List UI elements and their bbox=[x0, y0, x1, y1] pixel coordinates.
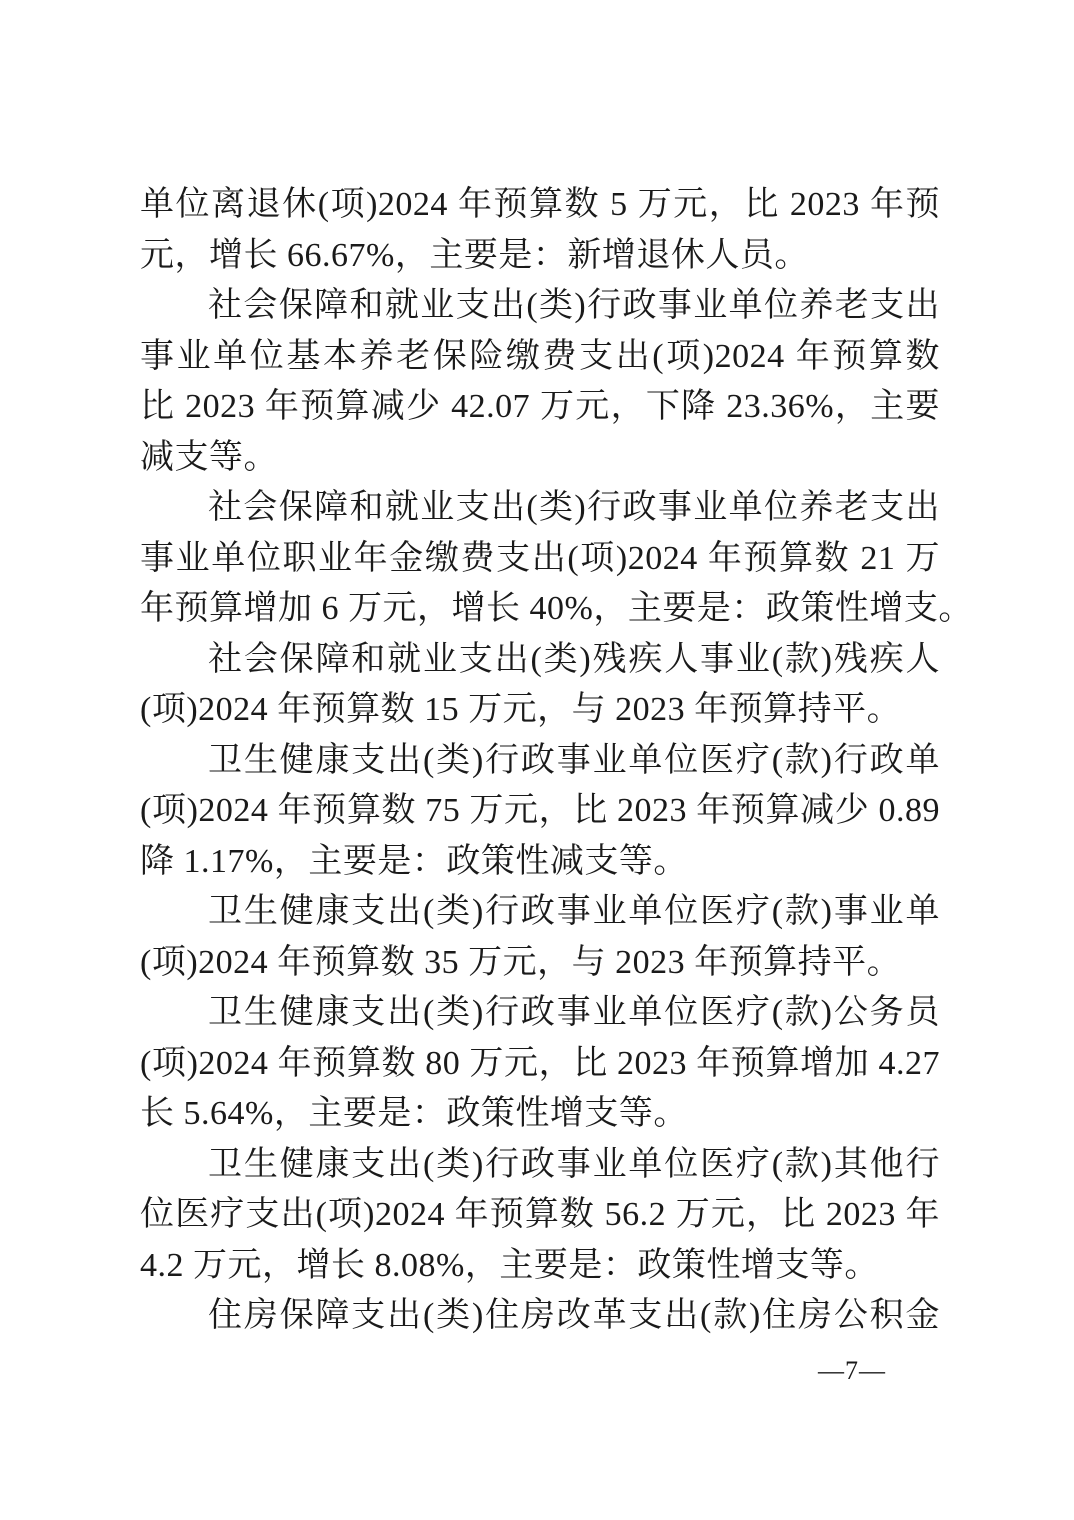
text-line: 社会保障和就业支出(类)残疾人事业(款)残疾人就业 bbox=[140, 635, 940, 686]
document-page: 单位离退休(项)2024 年预算数 5 万元，比 2023 年预算增加 2 万 … bbox=[0, 0, 1074, 1520]
text-line: 元，增长 66.67%，主要是：新增退休人员。 bbox=[140, 231, 940, 282]
text-line: 卫生健康支出(类)行政事业单位医疗(款)行政单位医疗 bbox=[140, 736, 940, 787]
text-line: 卫生健康支出(类)行政事业单位医疗(款)其他行政事业单 bbox=[140, 1140, 940, 1191]
text-line: 单位离退休(项)2024 年预算数 5 万元，比 2023 年预算增加 2 万 bbox=[140, 180, 940, 231]
page-number: —7— bbox=[818, 1356, 886, 1386]
text-line: (项)2024 年预算数 15 万元，与 2023 年预算持平。 bbox=[140, 685, 940, 736]
text-line: 降 1.17%，主要是：政策性减支等。 bbox=[140, 837, 940, 888]
text-line: 比 2023 年预算减少 42.07 万元，下降 23.36%，主要是：政策性 bbox=[140, 382, 940, 433]
text-line: 事业单位基本养老保险缴费支出(项)2024 年预算数 138 万元， bbox=[140, 332, 940, 383]
page-body: 单位离退休(项)2024 年预算数 5 万元，比 2023 年预算增加 2 万 … bbox=[140, 180, 940, 1342]
text-line: 年预算增加 6 万元，增长 40%，主要是：政策性增支。 bbox=[140, 584, 940, 635]
text-line: (项)2024 年预算数 75 万元，比 2023 年预算减少 0.89 万元，… bbox=[140, 786, 940, 837]
text-line: (项)2024 年预算数 35 万元，与 2023 年预算持平。 bbox=[140, 938, 940, 989]
text-line: 社会保障和就业支出(类)行政事业单位养老支出(款)机关 bbox=[140, 281, 940, 332]
text-line: 卫生健康支出(类)行政事业单位医疗(款)事业单位医疗 bbox=[140, 887, 940, 938]
text-line: 4.2 万元，增长 8.08%，主要是：政策性增支等。 bbox=[140, 1241, 940, 1292]
text-line: 减支等。 bbox=[140, 433, 940, 484]
text-line: 位医疗支出(项)2024 年预算数 56.2 万元，比 2023 年预算增加 bbox=[140, 1190, 940, 1241]
text-line: 住房保障支出(类)住房改革支出(款)住房公积金(项)2024 bbox=[140, 1291, 940, 1342]
text-line: 长 5.64%，主要是：政策性增支等。 bbox=[140, 1089, 940, 1140]
text-line: 社会保障和就业支出(类)行政事业单位养老支出(款)机关 bbox=[140, 483, 940, 534]
text-line: (项)2024 年预算数 80 万元，比 2023 年预算增加 4.27 万元，… bbox=[140, 1039, 940, 1090]
text-line: 卫生健康支出(类)行政事业单位医疗(款)公务员医疗补助 bbox=[140, 988, 940, 1039]
text-line: 事业单位职业年金缴费支出(项)2024 年预算数 21 万元,比 2023 bbox=[140, 534, 940, 585]
